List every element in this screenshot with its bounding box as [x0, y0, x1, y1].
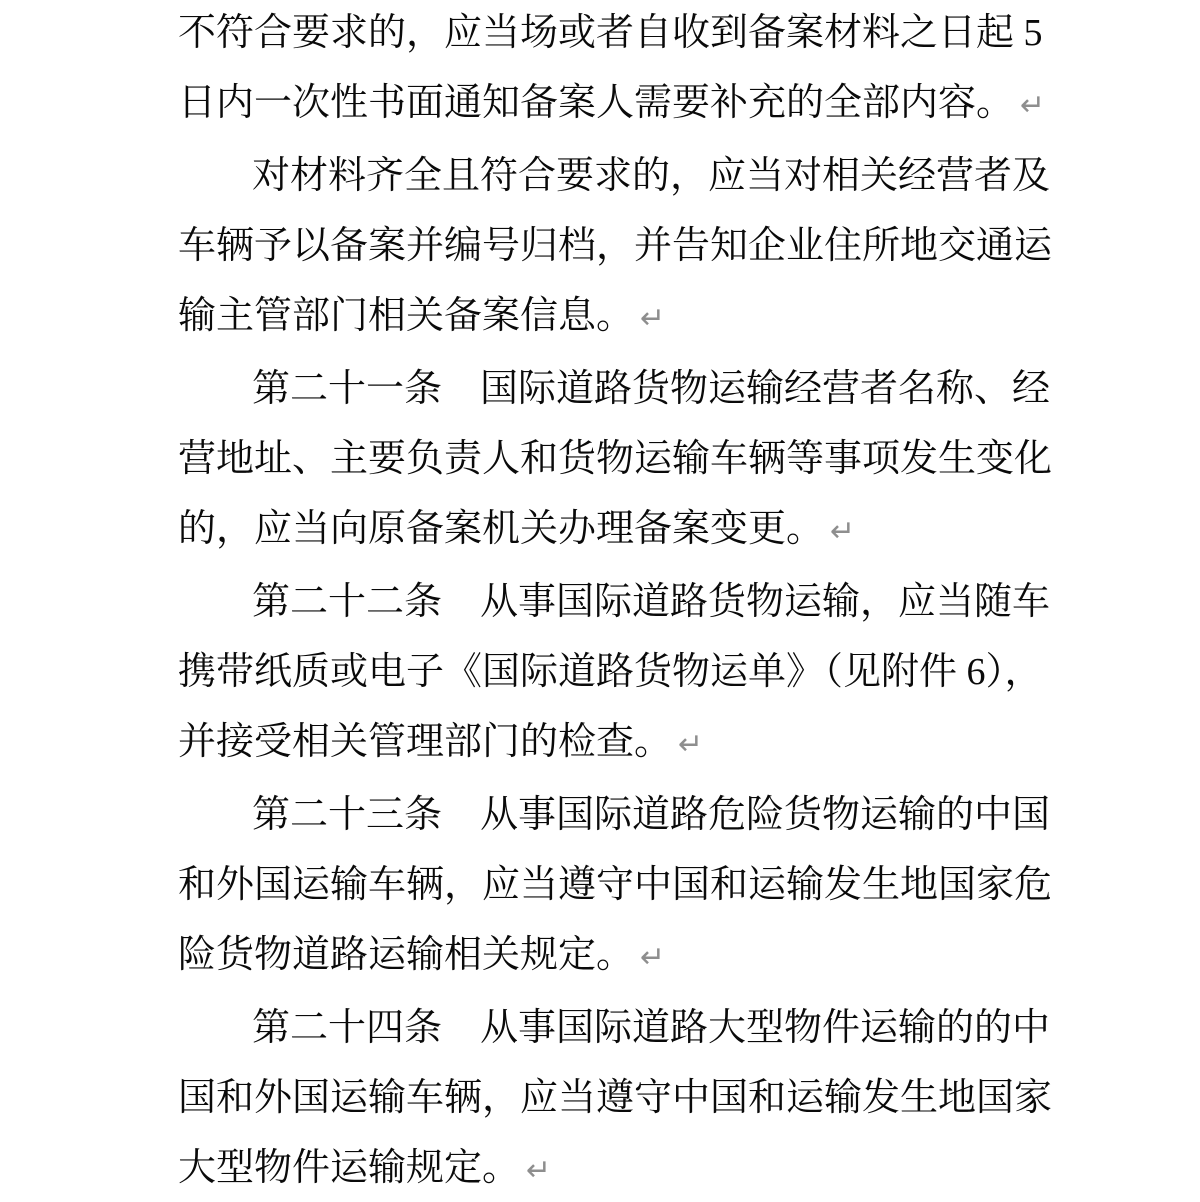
line-text: 第二十三条 从事国际道路危险货物运输的中国	[252, 794, 1050, 836]
text-line: 第二十一条 国际道路货物运输经营者名称、经	[178, 354, 1030, 424]
text-line: 和外国运输车辆，应当遵守中国和运输发生地国家危	[178, 850, 1030, 920]
text-line: 第二十三条 从事国际道路危险货物运输的中国	[178, 780, 1030, 850]
text-line: 第二十四条 从事国际道路大型物件运输的的中	[178, 993, 1030, 1063]
line-text: 营地址、主要负责人和货物运输车辆等事项发生变化	[178, 438, 1052, 480]
text-line: 第二十二条 从事国际道路货物运输，应当随车	[178, 567, 1030, 637]
text-line: 营地址、主要负责人和货物运输车辆等事项发生变化	[178, 424, 1030, 494]
line-text: 并接受相关管理部门的检查。	[178, 721, 672, 763]
paragraph-return-mark-icon: ↵	[634, 940, 665, 975]
text-line: 并接受相关管理部门的检查。↵	[178, 707, 1030, 780]
paragraph-return-mark-icon: ↵	[672, 727, 703, 762]
paragraph: 第二十四条 从事国际道路大型物件运输的的中国和外国运输车辆，应当遵守中国和运输发…	[178, 993, 1030, 1202]
line-text: 车辆予以备案并编号归档，并告知企业住所地交通运	[178, 225, 1052, 267]
text-line: 日内一次性书面通知备案人需要补充的全部内容。↵	[178, 68, 1030, 141]
line-text: 输主管部门相关备案信息。	[178, 295, 634, 337]
text-line: 车辆予以备案并编号归档，并告知企业住所地交通运	[178, 211, 1030, 281]
text-line: 携带纸质或电子《国际道路货物运单》（见附件 6），	[178, 637, 1030, 707]
text-line: 险货物道路运输相关规定。↵	[178, 920, 1030, 993]
paragraph-return-mark-icon: ↵	[520, 1153, 551, 1188]
text-line: 国和外国运输车辆，应当遵守中国和运输发生地国家	[178, 1063, 1030, 1133]
line-text: 日内一次性书面通知备案人需要补充的全部内容。	[178, 82, 1014, 124]
text-line: 不符合要求的，应当场或者自收到备案材料之日起 5	[178, 0, 1030, 68]
paragraph: 第二十二条 从事国际道路货物运输，应当随车携带纸质或电子《国际道路货物运单》（见…	[178, 567, 1030, 780]
line-text: 大型物件运输规定。	[178, 1147, 520, 1189]
line-text: 第二十二条 从事国际道路货物运输，应当随车	[252, 581, 1050, 623]
line-text: 对材料齐全且符合要求的，应当对相关经营者及	[252, 155, 1050, 197]
line-text: 第二十四条 从事国际道路大型物件运输的的中	[252, 1007, 1050, 1049]
paragraph: 不符合要求的，应当场或者自收到备案材料之日起 5日内一次性书面通知备案人需要补充…	[178, 0, 1030, 141]
line-text: 第二十一条 国际道路货物运输经营者名称、经	[252, 368, 1050, 410]
text-line: 的，应当向原备案机关办理备案变更。↵	[178, 494, 1030, 567]
line-text: 不符合要求的，应当场或者自收到备案材料之日起 5	[178, 12, 1043, 54]
paragraph-return-mark-icon: ↵	[634, 301, 665, 336]
document-text-column: 不符合要求的，应当场或者自收到备案材料之日起 5日内一次性书面通知备案人需要补充…	[178, 0, 1030, 1202]
text-line: 对材料齐全且符合要求的，应当对相关经营者及	[178, 141, 1030, 211]
line-text: 国和外国运输车辆，应当遵守中国和运输发生地国家	[178, 1077, 1052, 1119]
paragraph-return-mark-icon: ↵	[824, 514, 855, 549]
line-text: 的，应当向原备案机关办理备案变更。	[178, 508, 824, 550]
text-line: 大型物件运输规定。↵	[178, 1133, 1030, 1202]
document-page: 不符合要求的，应当场或者自收到备案材料之日起 5日内一次性书面通知备案人需要补充…	[0, 0, 1200, 1202]
line-text: 和外国运输车辆，应当遵守中国和运输发生地国家危	[178, 864, 1052, 906]
line-text: 携带纸质或电子《国际道路货物运单》（见附件 6），	[178, 651, 1043, 693]
paragraph: 第二十三条 从事国际道路危险货物运输的中国和外国运输车辆，应当遵守中国和运输发生…	[178, 780, 1030, 993]
paragraph: 第二十一条 国际道路货物运输经营者名称、经营地址、主要负责人和货物运输车辆等事项…	[178, 354, 1030, 567]
paragraph: 对材料齐全且符合要求的，应当对相关经营者及车辆予以备案并编号归档，并告知企业住所…	[178, 141, 1030, 354]
line-text: 险货物道路运输相关规定。	[178, 934, 634, 976]
text-line: 输主管部门相关备案信息。↵	[178, 281, 1030, 354]
paragraph-return-mark-icon: ↵	[1014, 88, 1045, 123]
